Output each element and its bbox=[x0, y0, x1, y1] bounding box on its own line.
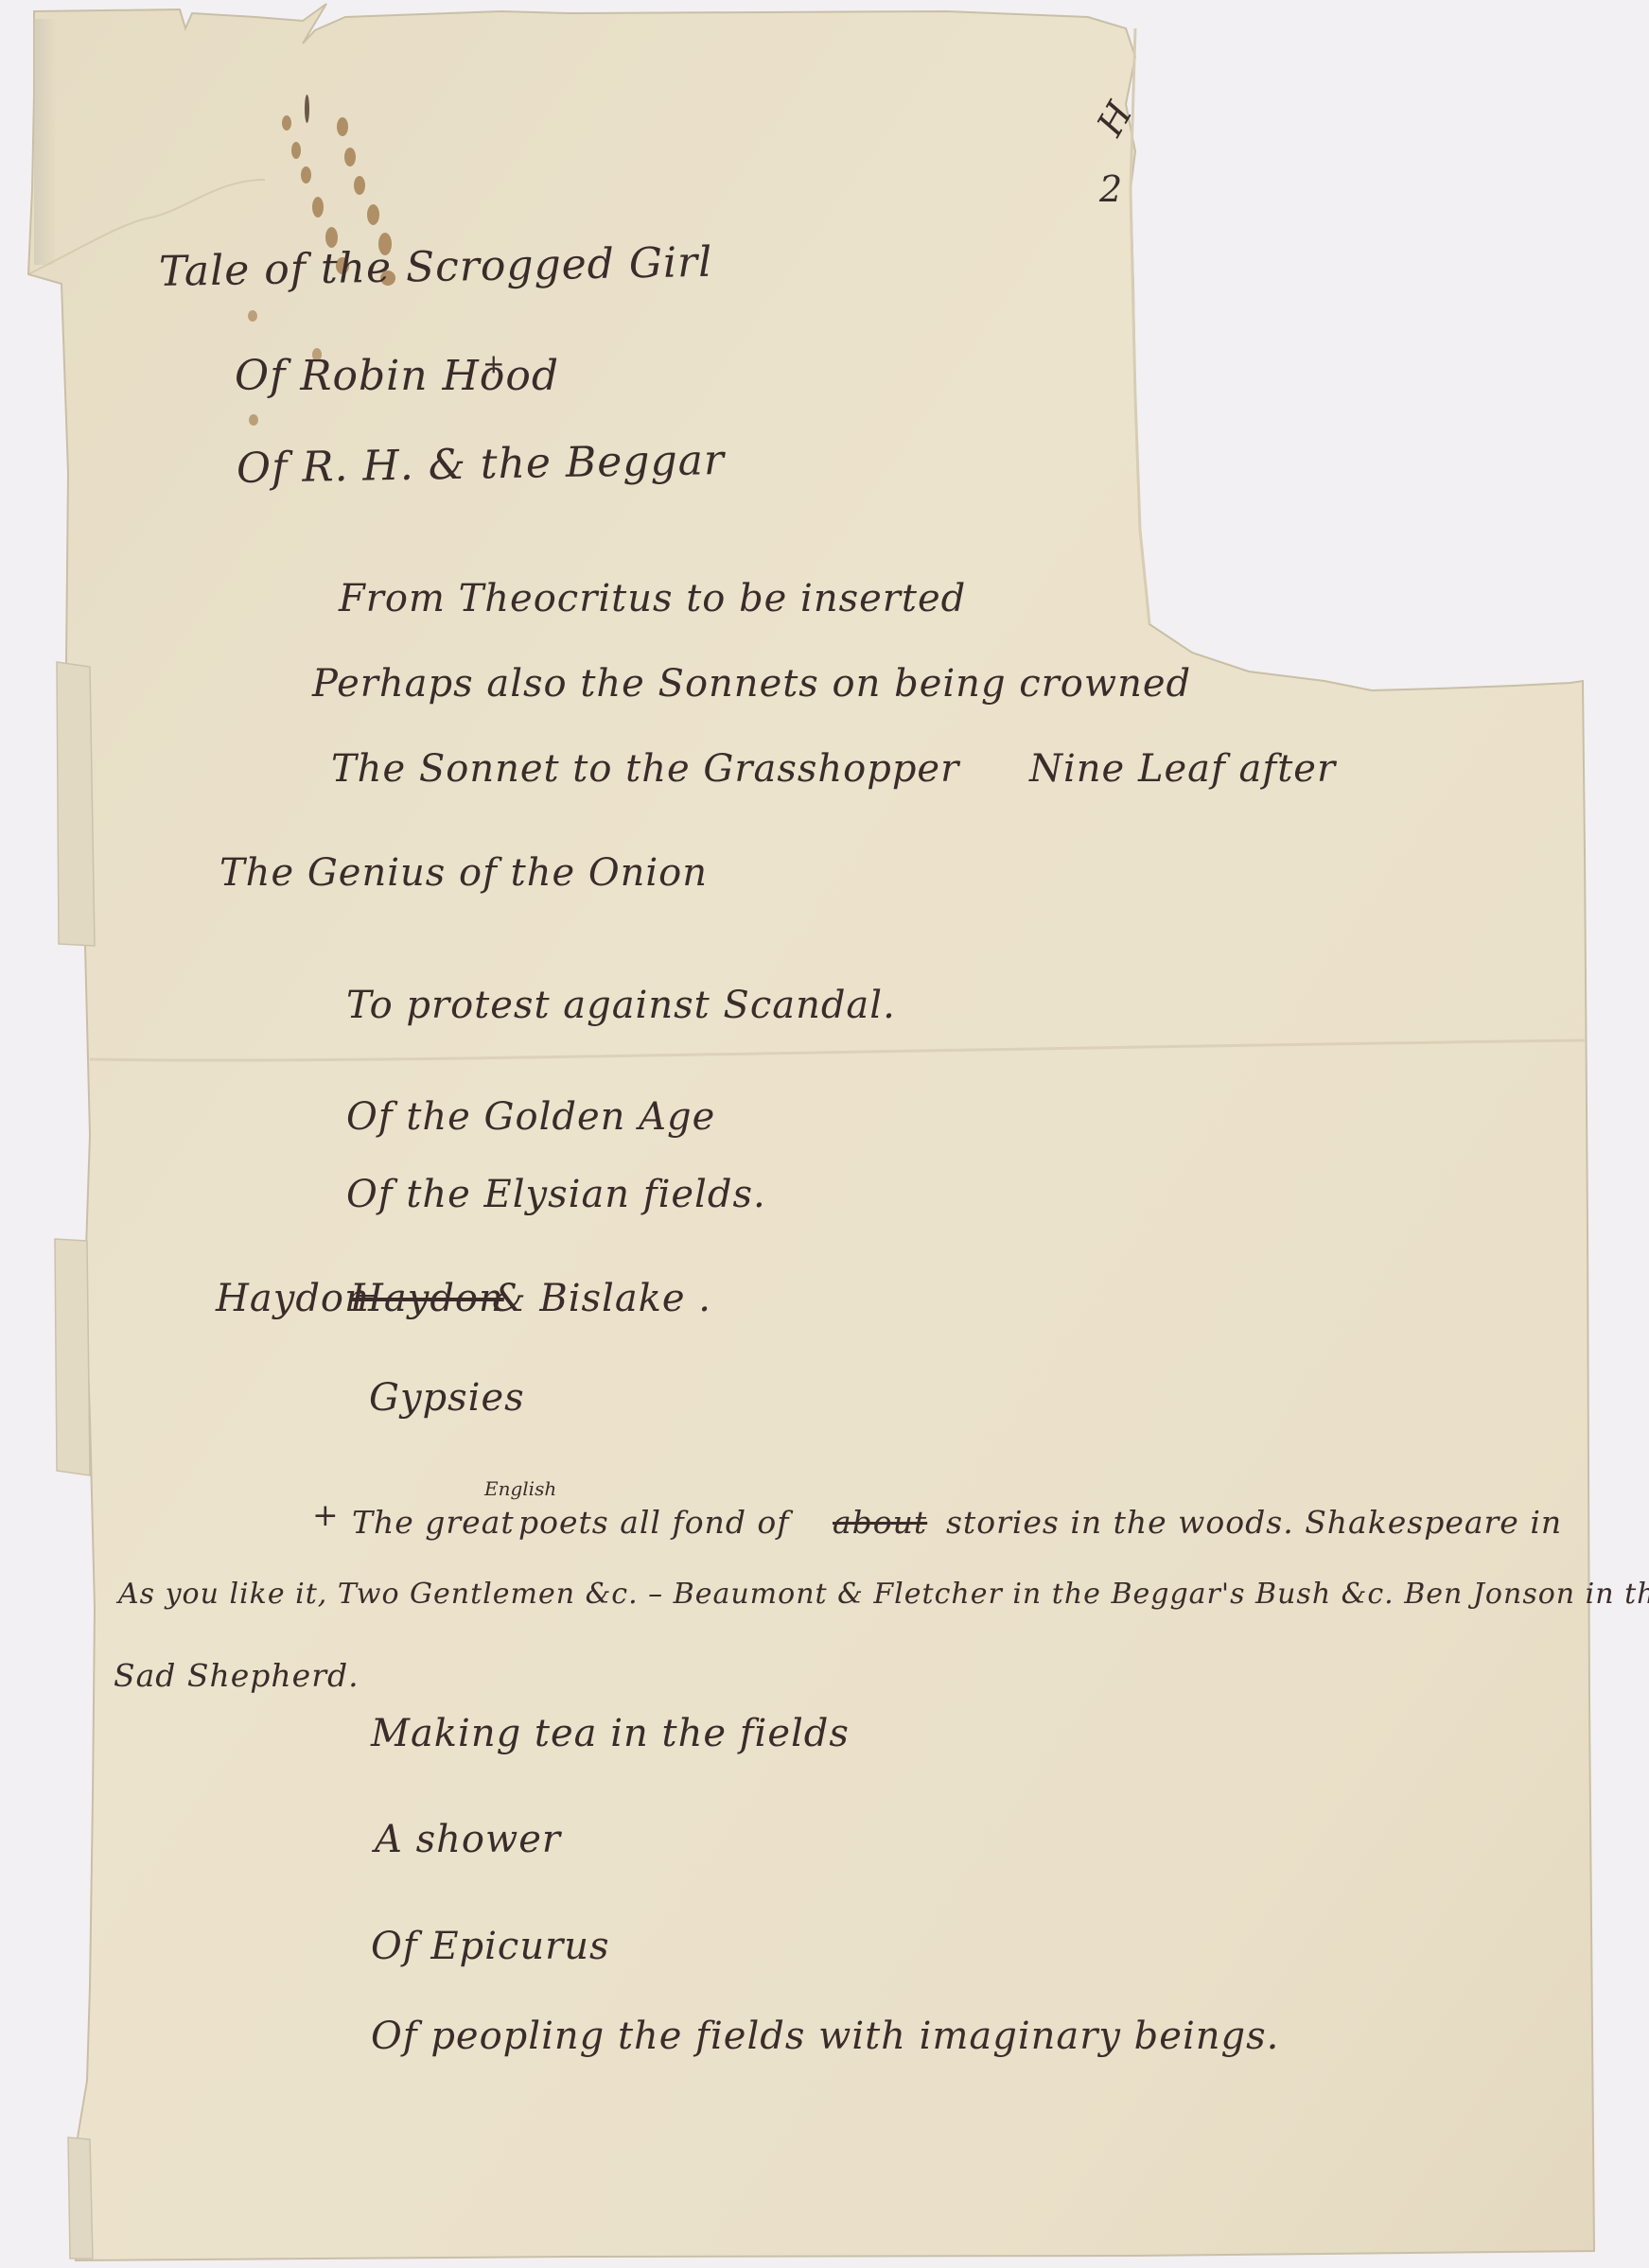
footnote-mark: + bbox=[312, 1496, 340, 1533]
paper-background bbox=[0, 0, 1649, 2268]
line-rh-beggar: Of R. H. & the Beggar bbox=[237, 436, 726, 493]
line-robin-hood: Of Robin Hood bbox=[235, 352, 559, 400]
line-golden-age: Of the Golden Age bbox=[346, 1095, 715, 1139]
line-bislake: & Bislake . bbox=[492, 1277, 711, 1320]
robin-hood-footnote-mark: + bbox=[482, 348, 505, 379]
line-protest-scandal: To protest against Scandal. bbox=[346, 984, 896, 1027]
footnote-line1-pre: The great bbox=[352, 1504, 515, 1541]
line-sonnet-grasshopper: The Sonnet to the Grasshopper bbox=[331, 747, 959, 791]
corner-mark-2: 2 bbox=[1099, 168, 1123, 210]
footnote-line1-struck: about bbox=[833, 1504, 927, 1541]
footnote-line1-post: poets all fond of bbox=[518, 1504, 790, 1541]
line-theocritus: From Theocritus to be inserted bbox=[339, 577, 966, 620]
line-epicurus: Of Epicurus bbox=[371, 1925, 609, 1968]
footnote-line1-end: stories in the woods. Shakespeare in bbox=[946, 1504, 1562, 1541]
line-nine-leaf-after: Nine Leaf after bbox=[1029, 747, 1336, 791]
line-elysian-fields: Of the Elysian fields. bbox=[346, 1173, 766, 1216]
line-making-tea: Making tea in the fields bbox=[371, 1712, 850, 1755]
line-genius-onion: The Genius of the Onion bbox=[219, 851, 708, 895]
line-haydon-struck: Haydon bbox=[350, 1277, 504, 1320]
footnote-insertion-english: English bbox=[484, 1477, 556, 1500]
line-gypsies: Gypsies bbox=[369, 1376, 525, 1420]
line-a-shower: A shower bbox=[375, 1818, 561, 1861]
footnote-line3: Sad Shepherd. bbox=[114, 1657, 360, 1694]
line-haydon: Haydon bbox=[216, 1277, 370, 1320]
footnote-line2: As you like it, Two Gentlemen &c. – Beau… bbox=[118, 1578, 1649, 1611]
line-tale-scrogged-girl: Tale of the Scrogged Girl bbox=[159, 238, 713, 296]
line-peopling-fields: Of peopling the fields with imaginary be… bbox=[371, 2015, 1279, 2058]
manuscript-sheet: H 2 Tale of the Scrogged Girl Of Robin H… bbox=[0, 0, 1649, 2268]
line-sonnets-crowned: Perhaps also the Sonnets on being crowne… bbox=[312, 662, 1191, 706]
